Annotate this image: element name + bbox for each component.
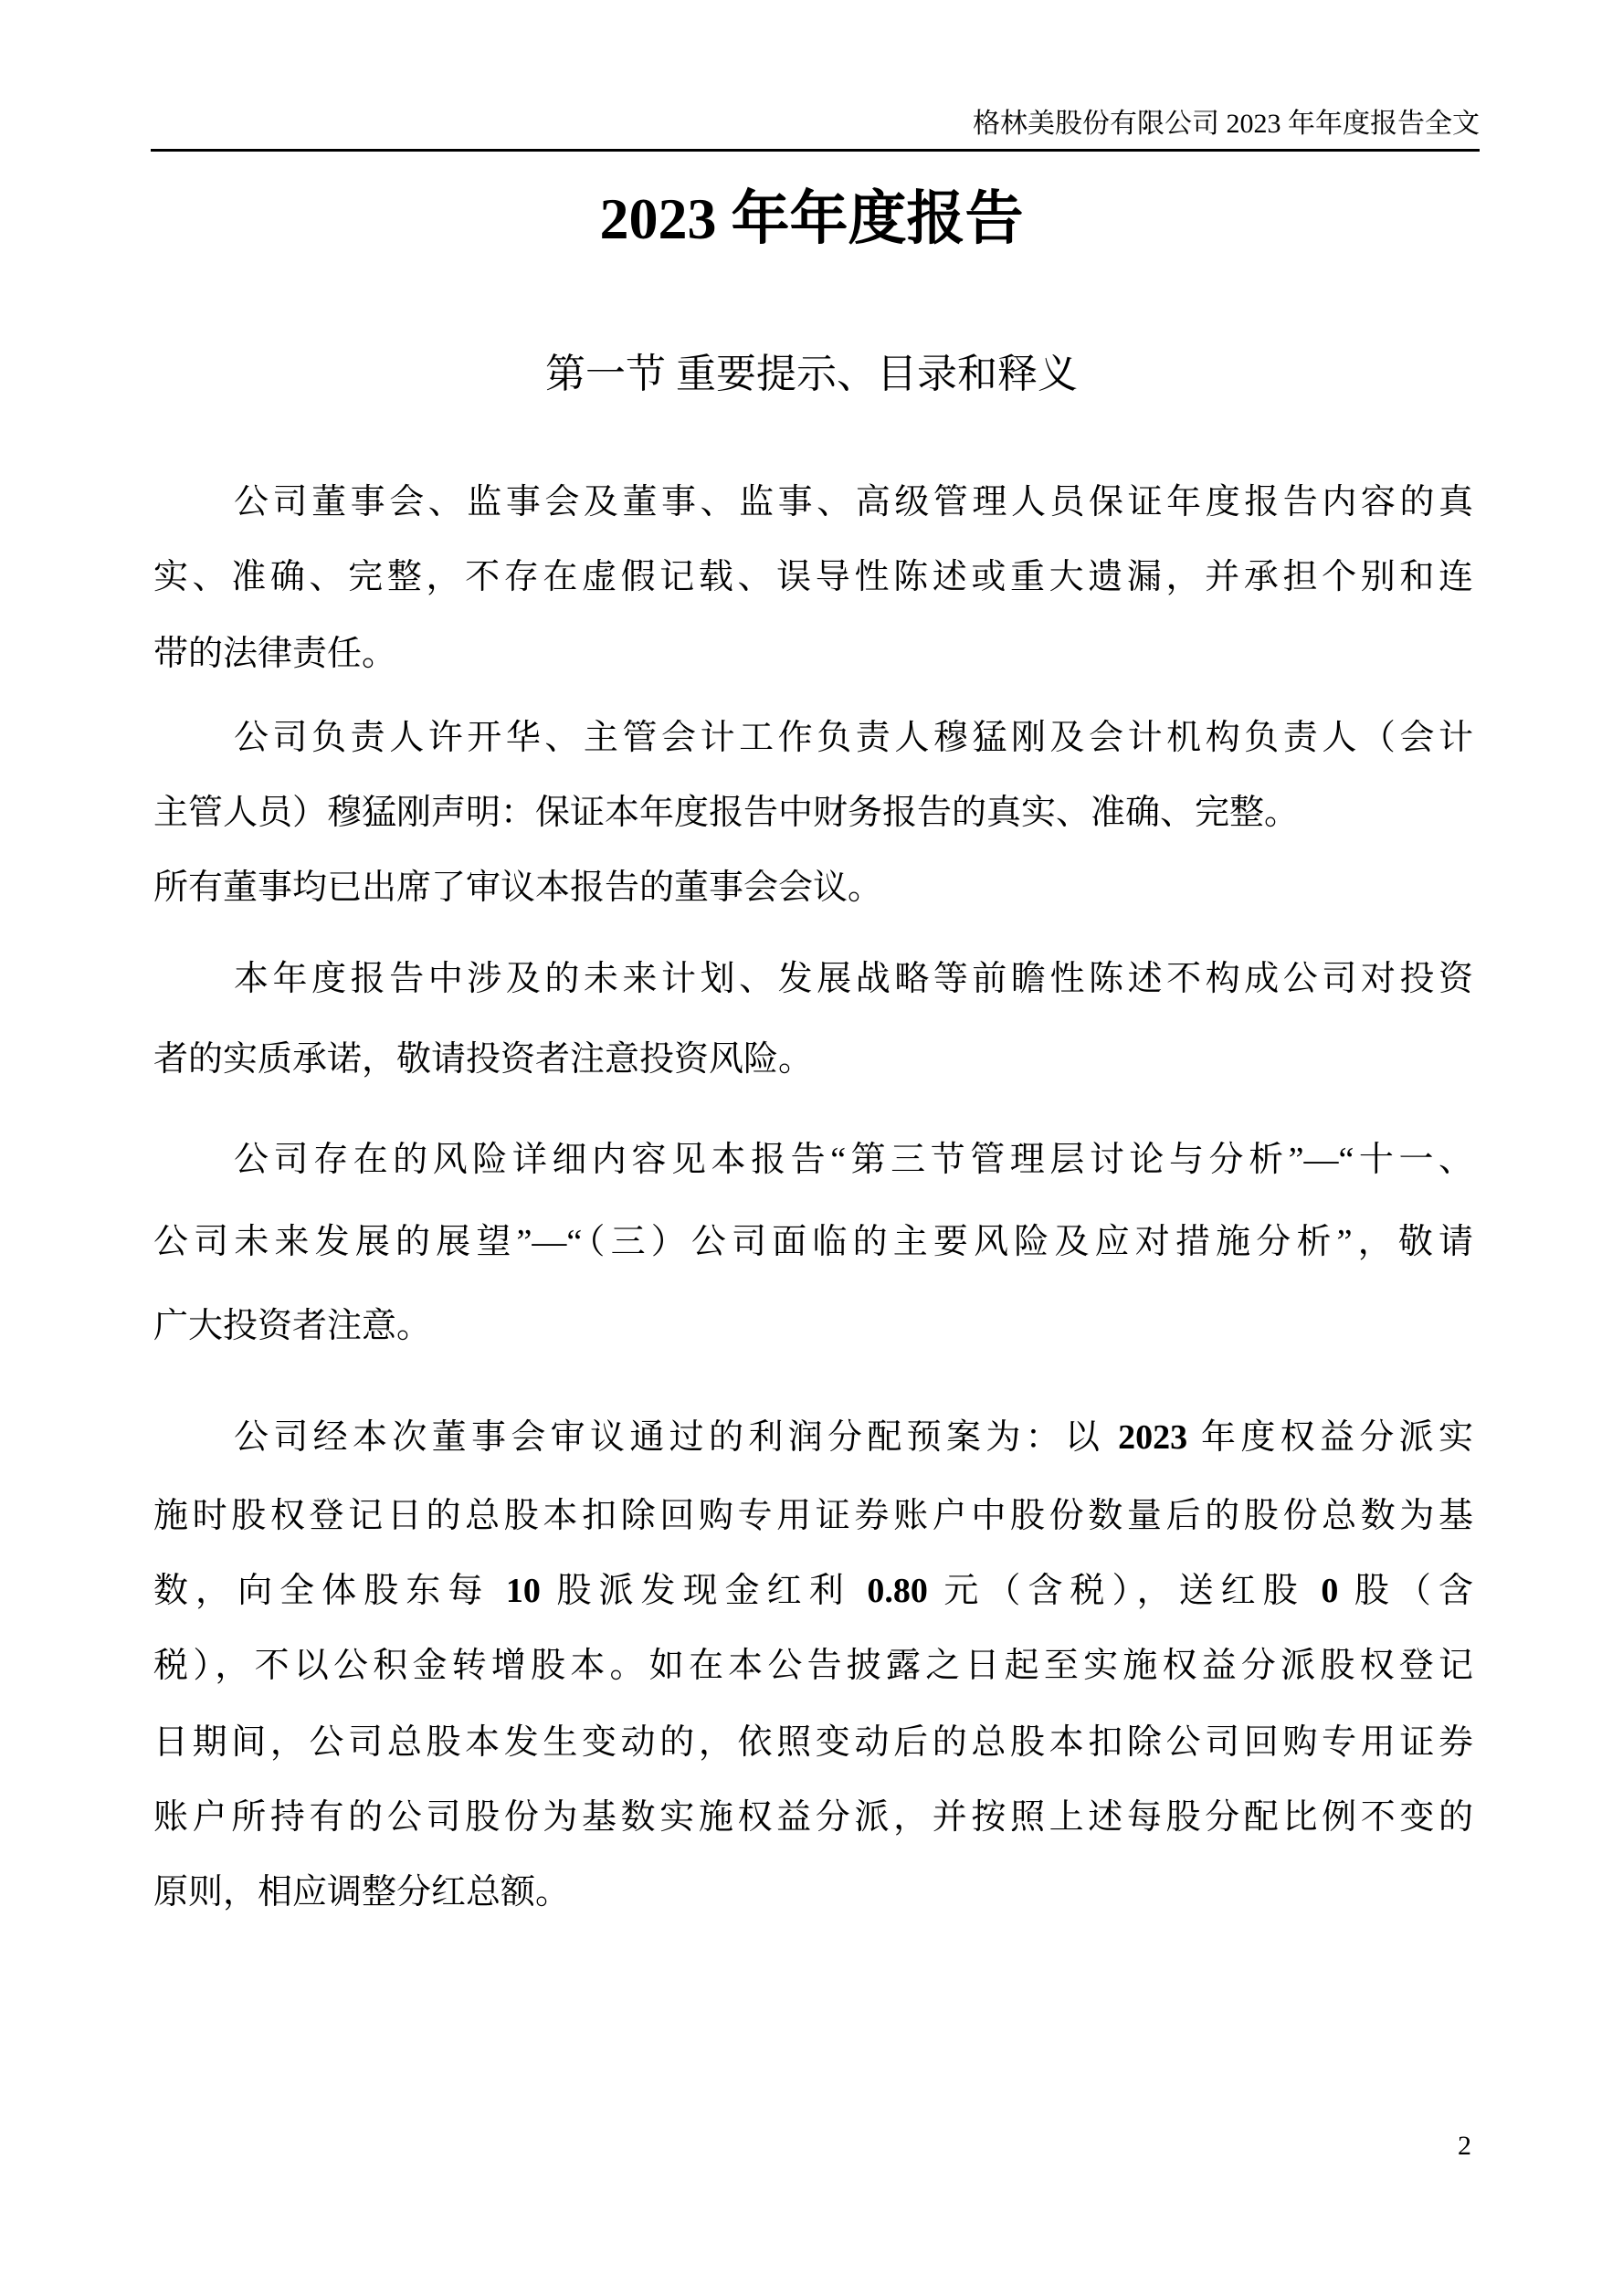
header-divider <box>151 149 1480 152</box>
text-line: 税），不以公积金转增股本。如在本公告披露之日起至实施权益分派股权登记 <box>153 1644 1473 1688</box>
text-line: 者的实质承诺，敬请投资者注意投资风险。 <box>153 1037 1473 1081</box>
text-line: 施时股权登记日的总股本扣除回购专用证券账户中股份数量后的股份总数为基 <box>153 1494 1473 1538</box>
text-line: 账户所持有的公司股份为基数实施权益分派，并按照上述每股分配比例不变的 <box>153 1796 1473 1839</box>
text-line: 公司经本次董事会审议通过的利润分配预案为：以 2023 年度权益分派实 <box>234 1416 1473 1459</box>
text-line: 本年度报告中涉及的未来计划、发展战略等前瞻性陈述不构成公司对投资 <box>234 957 1473 1001</box>
text-line: 广大投资者注意。 <box>153 1304 1473 1348</box>
text-line: 公司存在的风险详细内容见本报告“第三节管理层讨论与分析”—“十一、 <box>234 1138 1473 1182</box>
text-line: 实、准确、完整，不存在虚假记载、误导性陈述或重大遗漏，并承担个别和连 <box>153 555 1473 599</box>
text-line: 带的法律责任。 <box>153 632 1473 676</box>
running-title: 格林美股份有限公司 2023 年年度报告全文 <box>973 108 1480 141</box>
text-line: 所有董事均已出席了审议本报告的董事会会议。 <box>153 866 1473 910</box>
section-heading: 第一节 重要提示、目录和释义 <box>0 347 1623 402</box>
text-line: 公司负责人许开华、主管会计工作负责人穆猛刚及会计机构负责人（会计 <box>234 716 1473 760</box>
text-line: 公司未来发展的展望”—“（三）公司面临的主要风险及应对措施分析”，敬请 <box>153 1220 1473 1264</box>
page-number: 2 <box>1458 2130 1471 2163</box>
text-line: 主管人员）穆猛刚声明：保证本年度报告中财务报告的真实、准确、完整。 <box>153 791 1473 835</box>
text-line: 公司董事会、监事会及董事、监事、高级管理人员保证年度报告内容的真 <box>234 480 1473 524</box>
document-title: 2023 年年度报告 <box>0 183 1623 256</box>
text-line: 数，向全体股东每 10 股派发现金红利 0.80 元（含税），送红股 0 股（含 <box>153 1569 1473 1613</box>
text-line: 原则，相应调整分红总额。 <box>153 1870 1473 1914</box>
text-line: 日期间，公司总股本发生变动的，依照变动后的总股本扣除公司回购专用证券 <box>153 1721 1473 1764</box>
